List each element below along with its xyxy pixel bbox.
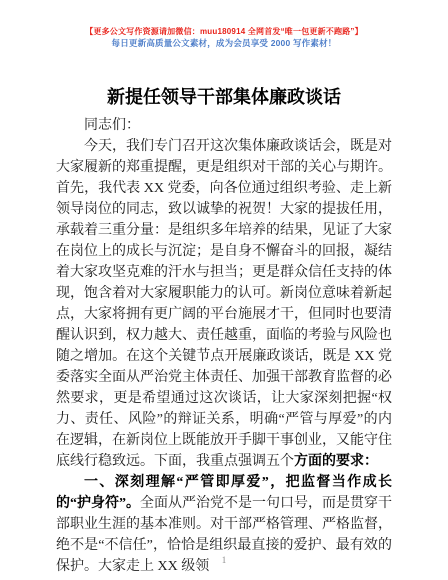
document-page: 【更多公文写作资源请加微信：muu180914 全网首发“唯一包更新不跑路”】 … [0,0,448,580]
document-body: 同志们： 今天，我们专门召开这次集体廉政谈话会，既是对大家履新的郑重提醒，更是组… [56,115,392,577]
document-title: 新提任领导干部集体廉政谈话 [40,85,408,109]
promo-line-red: 【更多公文写作资源请加微信：muu180914 全网首发“唯一包更新不跑路”】 [0,26,448,37]
promo-line-blue: 每日更新高质量公文素材，成为会员享受 2000 写作素材！ [0,37,448,49]
intro-text: 今天，我们专门召开这次集体廉政谈话会，既是对大家履新的郑重提醒，更是组织对干部的… [56,139,392,469]
salutation-paragraph: 同志们： [56,115,392,136]
promo-header: 【更多公文写作资源请加微信：muu180914 全网首发“唯一包更新不跑路”】 … [0,0,448,49]
salutation-text: 同志们： [84,118,140,133]
intro-bold-text: 方面的要求： [294,454,378,469]
intro-paragraph: 今天，我们专门召开这次集体廉政谈话会，既是对大家履新的郑重提醒，更是组织对干部的… [56,136,392,472]
page-number: 1 [0,554,448,566]
